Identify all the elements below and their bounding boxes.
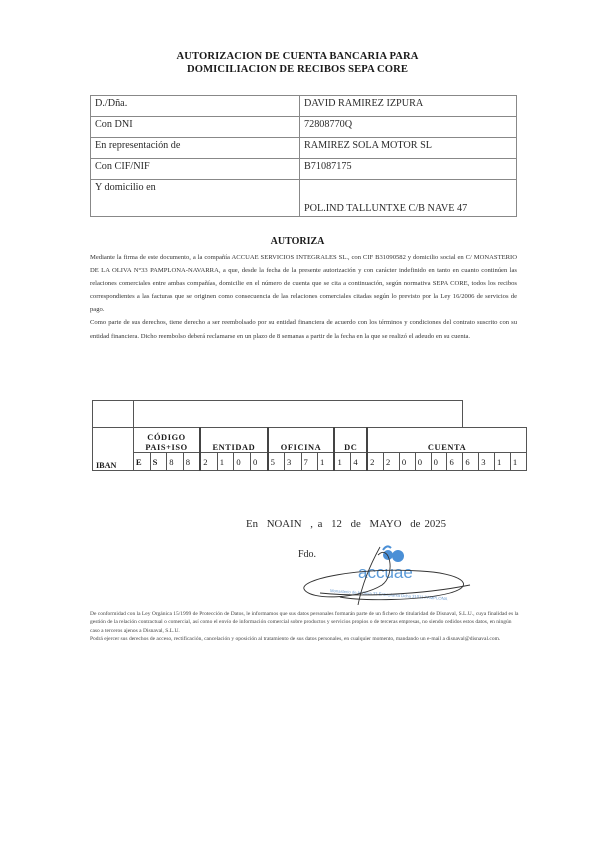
info-value: 72808770Q (300, 117, 517, 138)
info-row-address: Y domicilio en POL.IND TALLUNTXE C/B NAV… (91, 180, 517, 217)
iban-digit: 0 (399, 453, 415, 471)
info-label: Con DNI (91, 117, 300, 138)
iban-digit: 1 (317, 453, 334, 471)
iban-section: IBAN CÓDIGO PAIS+ISO ENTIDAD OFICINA DC … (92, 400, 527, 471)
autoriza-heading: AUTORIZA (0, 236, 595, 247)
iban-digit: 8 (183, 453, 200, 471)
date-year: 2025 (424, 518, 446, 530)
authorization-body: Mediante la firma de este documento, a l… (90, 251, 517, 343)
iban-digit: 2 (384, 453, 400, 471)
info-row-dni: Con DNI 72808770Q (91, 117, 517, 138)
info-label: D./Dña. (91, 96, 300, 117)
info-row-representation: En representación de RAMIREZ SOLA MOTOR … (91, 138, 517, 159)
iban-digit: 1 (495, 453, 511, 471)
stamp-brand: accuae (358, 563, 413, 582)
header-oficina: OFICINA (268, 428, 335, 453)
iban-digit: 6 (463, 453, 479, 471)
iban-digit: 8 (167, 453, 184, 471)
iban-digit: 1 (510, 453, 526, 471)
info-label: Con CIF/NIF (91, 159, 300, 180)
document-title: AUTORIZACION DE CUENTA BANCARIA PARA DOM… (0, 50, 595, 76)
info-value: POL.IND TALLUNTXE C/B NAVE 47 (300, 180, 517, 217)
iban-digits-row: E S 8 8 2 1 0 0 5 3 7 1 1 4 2 2 0 0 0 6 … (93, 453, 527, 471)
iban-label: IBAN (93, 428, 134, 471)
iban-digit: 0 (250, 453, 267, 471)
title-line-1: AUTORIZACION DE CUENTA BANCARIA PARA (0, 50, 595, 63)
date-en: En (246, 518, 258, 530)
info-label: En representación de (91, 138, 300, 159)
date-a: , a (310, 518, 322, 530)
authorization-paragraph-1: Mediante la firma de este documento, a l… (90, 251, 517, 316)
date-day: 12 (331, 518, 342, 530)
info-row-cif: Con CIF/NIF B71087175 (91, 159, 517, 180)
iban-corner-blank (93, 401, 134, 428)
authorization-paragraph-2: Como parte de sus derechos, tiene derech… (90, 316, 517, 342)
header-dc: DC (334, 428, 367, 453)
data-protection-notice: De conformidad con la Ley Orgánica 15/19… (90, 610, 522, 643)
date-de-2: de (410, 518, 420, 530)
date-de-1: de (351, 518, 361, 530)
header-codigo-line2: PAIS+ISO (134, 443, 199, 453)
info-value: DAVID RAMIREZ IZPURA (300, 96, 517, 117)
iban-top-blank (133, 401, 462, 428)
date-month: MAYO (370, 518, 402, 530)
iban-digit: 4 (351, 453, 367, 471)
iban-table: IBAN CÓDIGO PAIS+ISO ENTIDAD OFICINA DC … (92, 400, 527, 471)
holder-info-table: D./Dña. DAVID RAMIREZ IZPURA Con DNI 728… (90, 95, 517, 217)
header-codigo-line1: CÓDIGO (134, 433, 199, 443)
header-entidad: ENTIDAD (200, 428, 267, 453)
iban-digit: 3 (479, 453, 495, 471)
company-stamp-signature: accuae Monasterio de la Oliva 33 Entrepl… (300, 545, 480, 605)
iban-digit: 5 (268, 453, 285, 471)
iban-digit: 0 (431, 453, 447, 471)
title-line-2: DOMICILIACION DE RECIBOS SEPA CORE (0, 63, 595, 76)
iban-digit: 2 (367, 453, 383, 471)
info-row-name: D./Dña. DAVID RAMIREZ IZPURA (91, 96, 517, 117)
iban-digit: 6 (447, 453, 463, 471)
iban-digit: 7 (301, 453, 317, 471)
info-value: B71087175 (300, 159, 517, 180)
iban-digit: 2 (200, 453, 217, 471)
iban-digit: 0 (234, 453, 251, 471)
iban-digit: S (150, 453, 167, 471)
header-cuenta: CUENTA (367, 428, 526, 453)
iban-digit: 0 (415, 453, 431, 471)
date-place: NOAIN (267, 518, 302, 530)
legal-paragraph-2: Podrá ejercer sus derechos de acceso, re… (90, 635, 522, 643)
info-label: Y domicilio en (91, 180, 300, 217)
iban-digit: 3 (285, 453, 301, 471)
info-value: RAMIREZ SOLA MOTOR SL (300, 138, 517, 159)
iban-digit: 1 (334, 453, 350, 471)
header-codigo: CÓDIGO PAIS+ISO (133, 428, 200, 453)
place-date-line: En NOAIN , a 12 de MAYO de2025 (246, 518, 450, 530)
legal-paragraph-1: De conformidad con la Ley Orgánica 15/19… (90, 610, 522, 635)
iban-digit: 1 (217, 453, 234, 471)
iban-digit: E (133, 453, 150, 471)
